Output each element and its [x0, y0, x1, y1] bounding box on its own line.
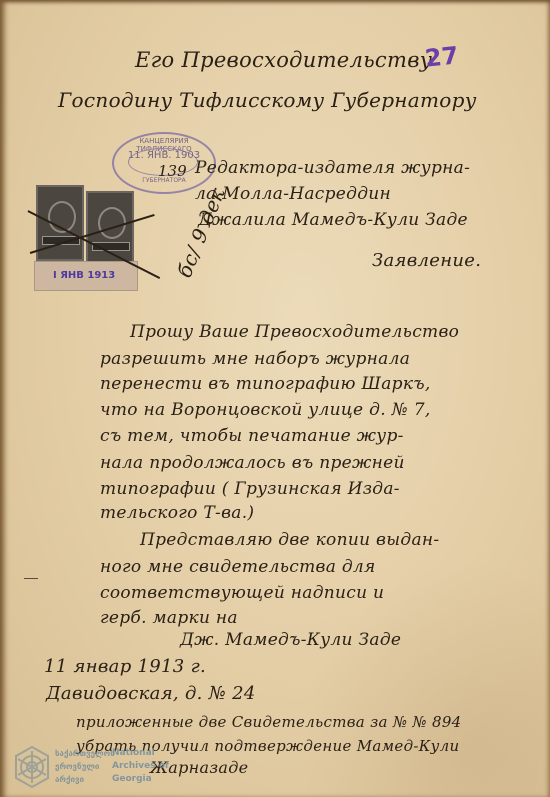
signature: Дж. Мамедъ-Кули Заде	[180, 630, 401, 650]
body-line: ного мне свидетельства для	[100, 557, 376, 577]
stamp-lower-strip: I ЯНВ 1913	[34, 261, 138, 291]
watermark-line: Georgia	[112, 773, 169, 786]
body-line: Прошу Ваше Превосходительство	[130, 322, 459, 342]
margin-mark	[24, 578, 38, 579]
watermark-line: National	[112, 747, 169, 760]
watermark-line: არქივი	[55, 773, 115, 786]
body-line: типографии ( Грузинская Изда-	[100, 479, 400, 499]
stamp-cancellation-date: I ЯНВ 1913	[53, 270, 115, 281]
resolution-note: бс/ 9 дек	[172, 184, 230, 281]
watermark-line: საქართველოს	[55, 747, 115, 760]
footer-line: 11 январ 1913 г.	[44, 656, 206, 677]
sender-line-3: Джалила Мамедъ-Кули Заде	[198, 210, 468, 230]
archives-logo-icon	[12, 745, 52, 789]
registry-number: 139	[158, 162, 187, 180]
heading-line-1: Его Превосходительству	[135, 48, 432, 72]
watermark-georgian: საქართველოს ეროვნული არქივი	[55, 747, 115, 786]
body-line: перенести въ типографию Шаркъ,	[100, 374, 431, 394]
watermark-line: ეროვნული	[55, 760, 115, 773]
body-line: соответствующей надписи и	[100, 583, 384, 603]
document-page: Его Превосходительству Господину Тифлисс…	[0, 0, 550, 797]
sender-line-1: Редактора-издателя журна-	[195, 158, 470, 178]
body-line: съ тем, чтобы печатание жур-	[100, 426, 404, 446]
body-line: разрешить мне наборъ журнала	[100, 349, 410, 369]
body-line: тельского Т-ва.)	[100, 503, 254, 523]
watermark-english: National Archives of Georgia	[112, 747, 169, 786]
footer-line: Давидовская, д. № 24	[46, 683, 256, 704]
seal-date: 11. ЯНВ. 1903	[124, 150, 204, 161]
body-line: герб. марки на	[100, 608, 238, 628]
footer-line: приложенные две Свидетельства за № № 894	[76, 713, 462, 731]
body-line: нала продолжалось въ прежней	[100, 453, 405, 473]
revenue-stamp	[36, 185, 84, 261]
body-line: Представляю две копии выдан-	[140, 530, 439, 550]
body-line: что на Воронцовской улице д. № 7,	[100, 400, 431, 420]
watermark-line: Archives of	[112, 760, 169, 773]
heading-line-2: Господину Тифлисскому Губернатору	[58, 88, 477, 112]
folio-number: 27	[424, 41, 460, 72]
document-title: Заявление.	[372, 250, 481, 271]
